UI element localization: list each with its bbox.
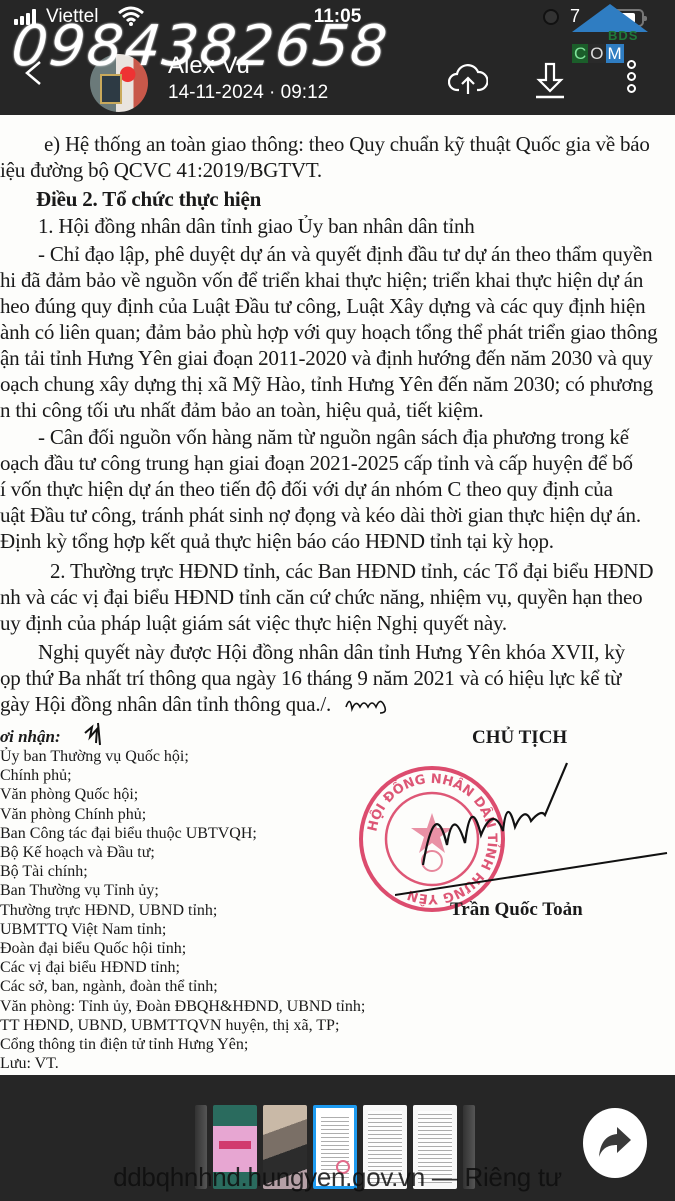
recipient-item: Lưu: VT. xyxy=(0,1055,59,1073)
document-line: oạch chung xây dựng thị xã Mỹ Hào, tỉnh … xyxy=(0,371,653,397)
recipient-item: Thường trực HĐND, UBND tỉnh; xyxy=(0,902,217,920)
document-line: ận tải tỉnh Hưng Yên giai đoạn 2011-2020… xyxy=(0,345,653,371)
document-line: uy định của pháp luật giám sát việc thực… xyxy=(0,610,507,636)
more-vertical-icon[interactable] xyxy=(624,60,638,98)
recipient-item: Ủy ban Thường vụ Quốc hội; xyxy=(0,748,189,766)
document-line: iệu đường bộ QCVC 41:2019/BGTVT. xyxy=(0,157,322,183)
recipient-item: Ban Công tác đại biểu thuộc UBTVQH; xyxy=(0,825,257,843)
document-line: uật Đầu tư công, tránh phát sinh nợ đọng… xyxy=(0,502,641,528)
document-line: gày Hội đồng nhân dân tỉnh thông qua./. xyxy=(0,691,331,717)
watermark-logo: BDS C O M xyxy=(570,4,652,64)
document-line: - Cân đối nguồn vốn hàng năm từ nguồn ng… xyxy=(38,424,629,450)
source-url: ddbqhnhnd.hungyen.gov.vn — Riêng tư xyxy=(0,1162,675,1193)
recipient-item: Các vị đại biểu HĐND tỉnh; xyxy=(0,959,180,977)
message-datetime: 14-11-2024 · 09:12 xyxy=(168,82,328,104)
back-icon[interactable] xyxy=(22,60,44,86)
recipient-item: Ban Thường vụ Tỉnh ủy; xyxy=(0,882,159,900)
document-line: Định kỳ tổng hợp kết quả thực hiện báo c… xyxy=(0,528,554,554)
recipient-item: Văn phòng: Tỉnh ủy, Đoàn ĐBQH&HĐND, UBND… xyxy=(0,998,365,1016)
avatar[interactable] xyxy=(90,54,148,112)
share-button[interactable] xyxy=(583,1108,647,1178)
initials-mark xyxy=(82,721,104,747)
document-line: ọp thứ Ba nhất trí thông qua ngày 16 thá… xyxy=(0,665,621,691)
recipients-title: ơi nhận: xyxy=(0,727,61,747)
document-line: nh và các vị đại biểu HĐND tỉnh căn cứ c… xyxy=(0,584,642,610)
initials-mark xyxy=(344,693,390,715)
document-line: 2. Thường trực HĐND tỉnh, các Ban HĐND t… xyxy=(50,558,653,584)
recipient-item: Văn phòng Quốc hội; xyxy=(0,786,138,804)
recipient-item: Cổng thông tin điện tử tỉnh Hưng Yên; xyxy=(0,1036,248,1054)
document-line: í vốn thực hiện dự án theo tiến độ đối v… xyxy=(0,476,613,502)
document-line: e) Hệ thống an toàn giao thông: theo Quy… xyxy=(44,131,650,157)
recipient-item: Các sở, ban, ngành, đoàn thể tỉnh; xyxy=(0,978,218,996)
upload-cloud-icon[interactable] xyxy=(448,60,488,100)
alarm-icon xyxy=(543,9,559,25)
document-line: n thi công tối ưu nhất đảm bảo an toàn, … xyxy=(0,397,483,423)
bottom-bar: ddbqhnhnd.hungyen.gov.vn — Riêng tư xyxy=(0,1075,675,1201)
signature xyxy=(395,735,675,915)
document-line: Điều 2. Tổ chức thực hiện xyxy=(36,186,261,212)
recipient-item: Đoàn đại biểu Quốc hội tỉnh; xyxy=(0,940,186,958)
document-line: oạch đầu tư công trung hạn giai đoạn 202… xyxy=(0,450,633,476)
document-line: heo đúng quy định của Luật Đầu tư công, … xyxy=(0,293,645,319)
download-icon[interactable] xyxy=(530,60,570,100)
document-line: hi đã đảm bảo về nguồn vốn để triển khai… xyxy=(0,267,643,293)
top-bar: Viettel 11:05 7 BDS C O M Alex Vu 14-11-… xyxy=(0,0,675,115)
recipient-item: UBMTTQ Việt Nam tỉnh; xyxy=(0,921,166,939)
recipient-item: Bộ Tài chính; xyxy=(0,863,88,881)
document-line: ành có liên quan; đảm bảo phù hợp với qu… xyxy=(0,319,657,345)
recipient-item: Văn phòng Chính phủ; xyxy=(0,806,146,824)
recipient-item: TT HĐND, UBND, UBMTTQVN huyện, thị xã, T… xyxy=(0,1017,339,1035)
document-line: Nghị quyết này được Hội đồng nhân dân tỉ… xyxy=(38,639,625,665)
document-line: - Chỉ đạo lập, phê duyệt dự án và quyết … xyxy=(38,241,652,267)
document-line: 1. Hội đồng nhân dân tỉnh giao Ủy ban nh… xyxy=(38,213,475,239)
recipient-item: Chính phủ; xyxy=(0,767,72,785)
share-icon xyxy=(597,1125,633,1159)
document-image: e) Hệ thống an toàn giao thông: theo Quy… xyxy=(0,115,675,1075)
sender-name: Alex Vu xyxy=(168,52,250,80)
signer-name: Trần Quốc Toản xyxy=(450,899,583,921)
recipient-item: Bộ Kế hoạch và Đầu tư; xyxy=(0,844,155,862)
